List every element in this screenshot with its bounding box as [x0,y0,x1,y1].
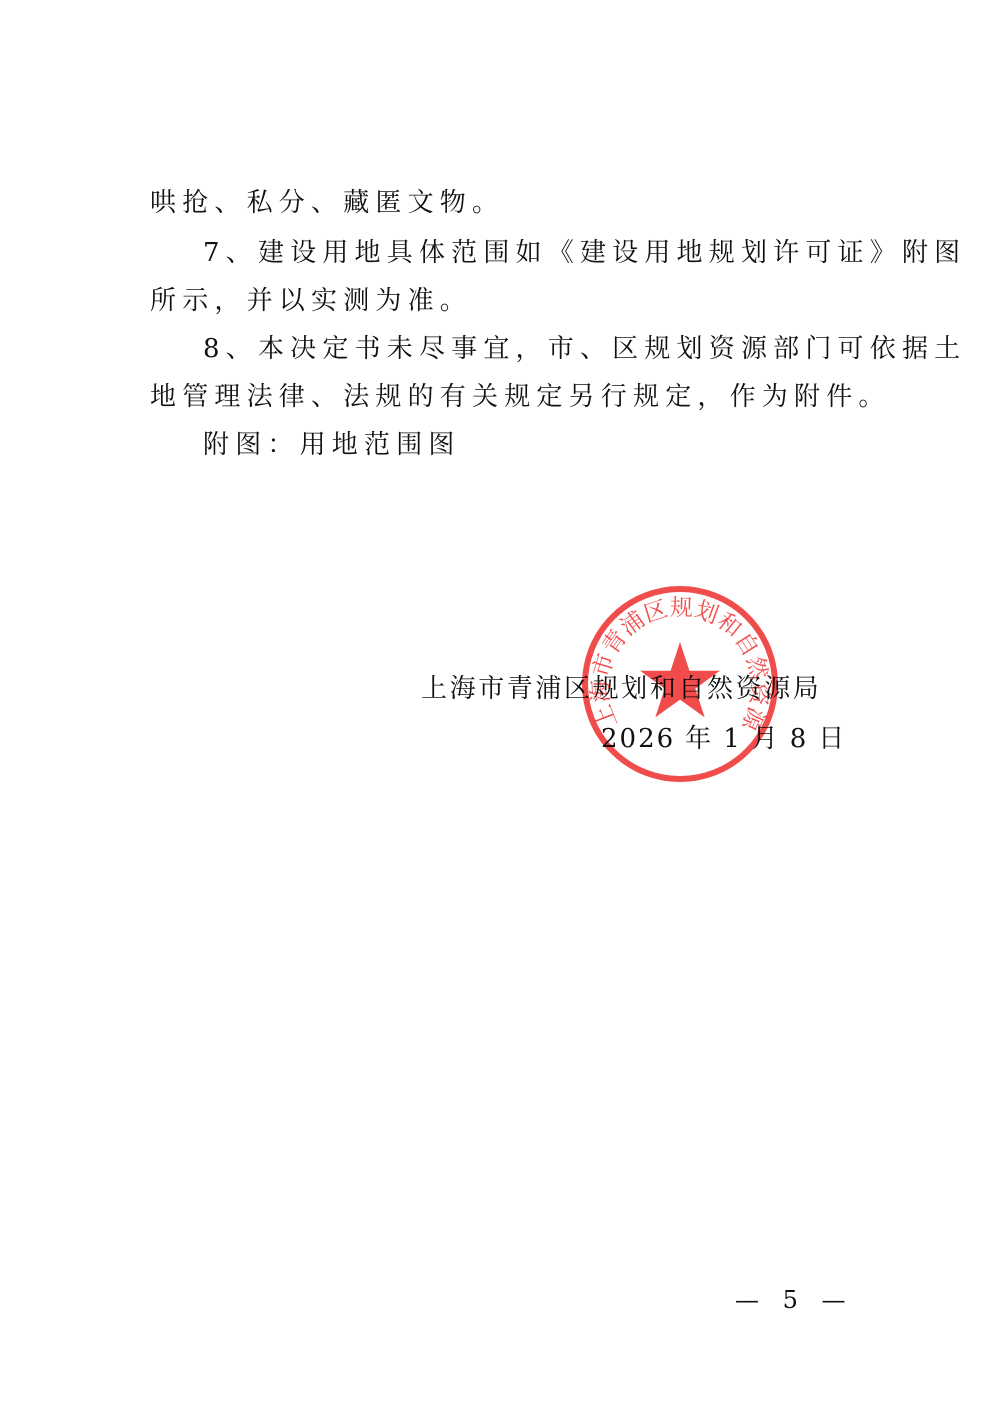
paragraph-line: 哄抢、私分、藏匿文物。 [150,188,504,218]
attachment-note: 附图：用地范围图 [203,430,461,460]
paragraph-item-7: 7、建设用地具体范围如《建设用地规划许可证》附图 [203,238,966,268]
date-day-unit: 日 [818,724,846,754]
star-icon [640,642,720,717]
date-day: 8 [790,724,809,754]
paragraph-item-8: 8、本决定书未尽事宜，市、区规划资源部门可依据土 [203,334,966,364]
document-page: 哄抢、私分、藏匿文物。 7、建设用地具体范围如《建设用地规划许可证》附图 所示，… [0,0,992,1403]
paragraph-line: 所示，并以实测为准。 [150,286,472,316]
official-seal: 上海市青浦区规划和自然资源局 [580,584,780,784]
page-number: — 5 — [735,1286,854,1314]
paragraph-line: 地管理法律、法规的有关规定另行规定，作为附件。 [150,382,891,412]
